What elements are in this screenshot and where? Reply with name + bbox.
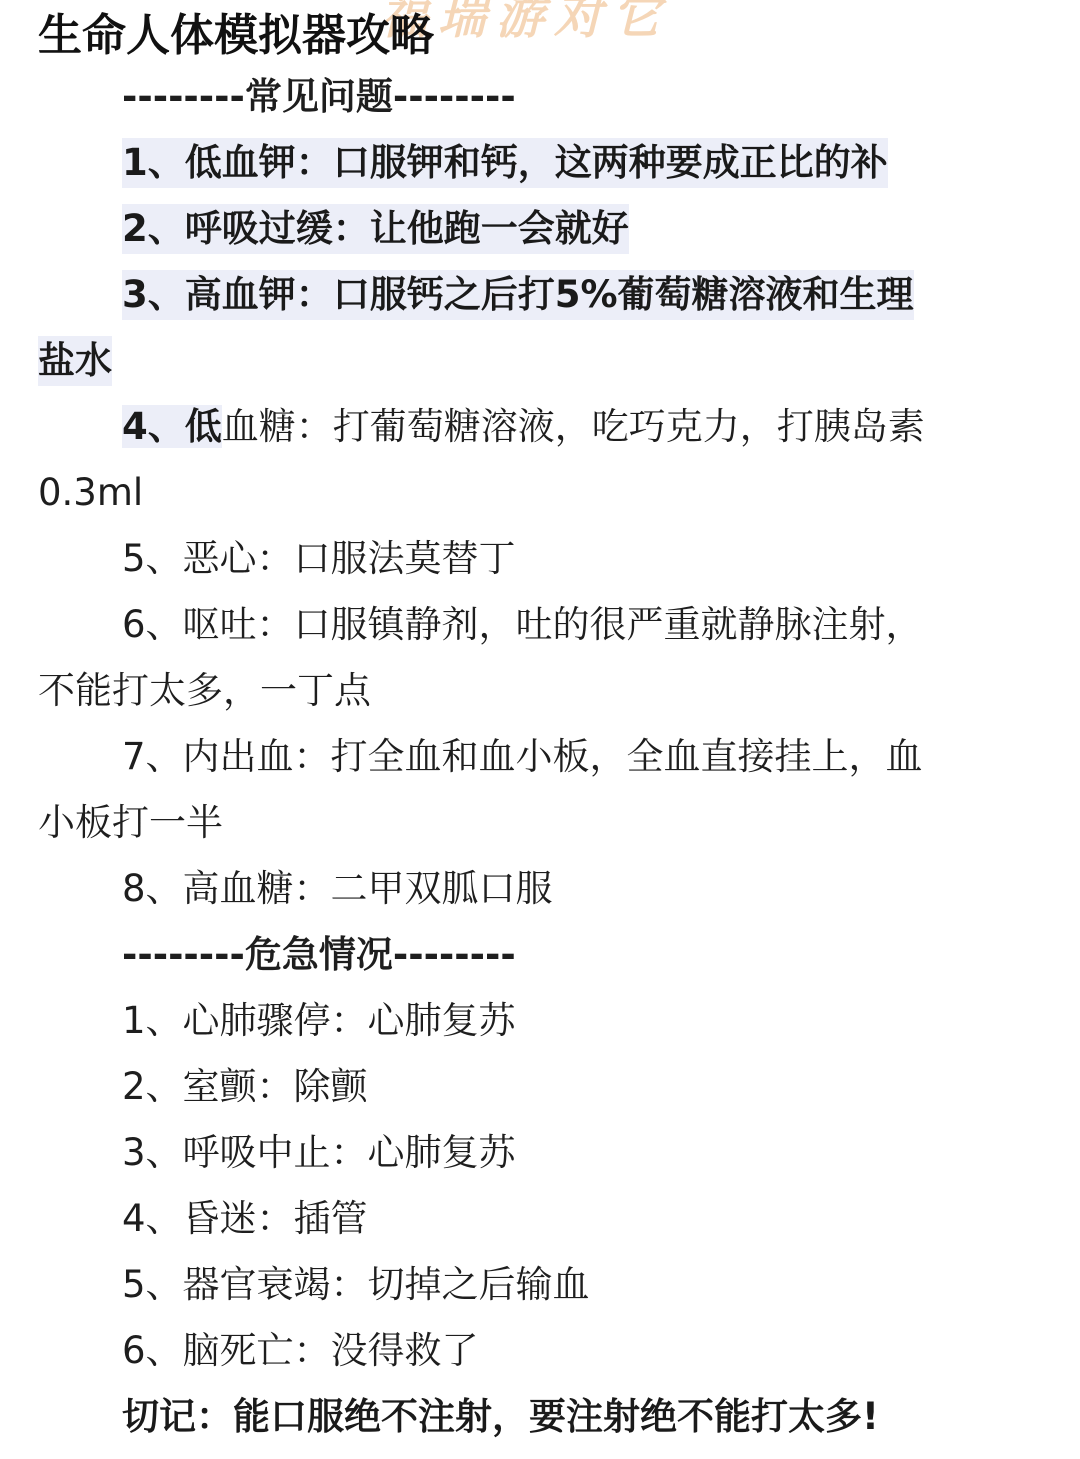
list-item-continuation: 0.3ml xyxy=(38,468,143,518)
list-item-continuation: 盐水 xyxy=(38,336,112,386)
list-item: 8、高血糖：二甲双胍口服 xyxy=(122,864,553,914)
footer-warning-note: 切记：能口服绝不注射，要注射绝不能打太多! xyxy=(122,1392,879,1442)
page-title: 生命人体模拟器攻略 xyxy=(38,8,434,64)
list-item-text: 血糖：打葡萄糖溶液，吃巧克力，打胰岛素 xyxy=(222,405,925,448)
list-item: 3、高血钾：口服钙之后打5%葡萄糖溶液和生理 xyxy=(122,270,914,320)
list-item: 1、低血钾：口服钾和钙，这两种要成正比的补 xyxy=(122,138,888,188)
section-header-common-problems: --------常见问题-------- xyxy=(122,72,516,122)
list-item: 5、恶心：口服法莫替丁 xyxy=(122,534,516,584)
list-item: 3、呼吸中止：心肺复苏 xyxy=(122,1128,516,1178)
list-item-continuation: 小板打一半 xyxy=(38,798,223,848)
section-header-emergencies: --------危急情况-------- xyxy=(122,930,516,980)
list-item: 2、呼吸过缓：让他跑一会就好 xyxy=(122,204,629,254)
list-item: 1、心肺骤停：心肺复苏 xyxy=(122,996,516,1046)
list-item: 6、脑死亡：没得救了 xyxy=(122,1326,479,1376)
list-item-bold-prefix: 4、低 xyxy=(122,405,222,448)
list-item: 4、昏迷：插管 xyxy=(122,1194,368,1244)
list-item: 5、器官衰竭：切掉之后输血 xyxy=(122,1260,590,1310)
list-item: 7、内出血：打全血和血小板，全血直接挂上，血 xyxy=(122,732,923,782)
list-item: 6、呕吐：口服镇静剂，吐的很严重就静脉注射， xyxy=(122,600,923,650)
list-item-continuation: 不能打太多，一丁点 xyxy=(38,666,371,716)
list-item: 4、低血糖：打葡萄糖溶液，吃巧克力，打胰岛素 xyxy=(122,402,925,452)
list-item: 2、室颤：除颤 xyxy=(122,1062,368,1112)
